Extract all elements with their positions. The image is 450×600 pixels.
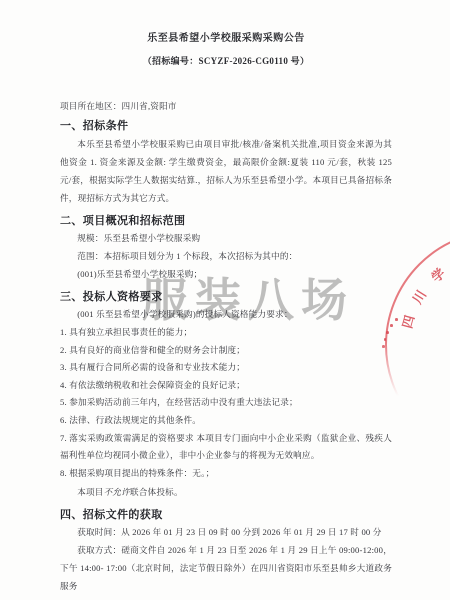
acquisition-method-paragraph: 获取方式：磋商文件自 2026 年 1 月 23 日至 2026 年 1 月 2…: [60, 541, 392, 595]
document-content: 乐至县希望小学校服采购采购公告 （招标编号：SCYZF-2026-CG0110 …: [0, 0, 450, 595]
consortium-note: 本项目不允许联合体投标。: [60, 483, 392, 501]
project-location-line: 项目所在地区：四川省,资阳市: [60, 100, 392, 112]
consortium-note-prefix: 本项目: [77, 487, 103, 497]
requirement-item: 7. 落实采购政策需满足的资格要求 本项目专门面向中小企业采购（监狱企业、残疾人…: [60, 430, 392, 465]
scanned-document-page: 服装八场 乐至县希望小学校服采购采购公告 （招标编号：SCYZF-2026-CG…: [0, 0, 450, 600]
section2-scope-line: 范围：本招标项目划分为 1 个标段，本次招标为其中的：: [60, 247, 392, 265]
section3-heading: 三、投标人资格要求: [60, 290, 392, 305]
requirement-item: 1. 具有独立承担民事责任的能力；: [60, 324, 392, 342]
requirement-item: 4. 有依法缴纳税收和社会保障资金的良好记录；: [60, 377, 392, 395]
section1-paragraph: 本乐至县希望小学校服采购已由项目审批/核准/备案机关批准,项目资金来源为其他资金…: [60, 135, 392, 207]
qualification-requirements-list: 1. 具有独立承担民事责任的能力； 2. 具有良好的商业信誉和健全的财务会计制度…: [60, 324, 392, 482]
section2-lot-line: (001)乐至县希望小学校服采购；: [60, 265, 392, 283]
consortium-note-emphasis: 不允许: [104, 487, 130, 497]
section4-heading: 四、招标文件的获取: [60, 508, 392, 523]
requirement-item: 3. 具有履行合同所必需的设备和专业技术能力；: [60, 359, 392, 377]
document-title: 乐至县希望小学校服采购采购公告: [60, 32, 392, 46]
requirement-item: 5. 参加采购活动前三年内，在经营活动中没有重大违法记录；: [60, 394, 392, 412]
section2-scale-line: 规模：乐至县希望小学校服采购: [60, 229, 392, 247]
acquisition-time-line: 获取时间：从 2026 年 01 月 23 日 09 时 00 分到 2026 …: [60, 523, 392, 541]
requirement-item: 2. 具有良好的商业信誉和健全的财务会计制度；: [60, 342, 392, 360]
requirement-item: 6. 法律、行政法规规定的其他条件。: [60, 412, 392, 430]
requirement-item: 8. 根据采购项目提出的特殊条件：无。；: [60, 465, 392, 483]
consortium-note-suffix: 联合体投标。: [130, 487, 183, 497]
tender-number: （招标编号：SCYZF-2026-CG0110 号）: [60, 55, 392, 67]
section3-intro: (001 乐至县希望小学校服采购)的投标人资格能力要求：: [60, 305, 392, 323]
section2-heading: 二、项目概况和招标范围: [60, 214, 392, 229]
section1-heading: 一、招标条件: [60, 119, 392, 134]
